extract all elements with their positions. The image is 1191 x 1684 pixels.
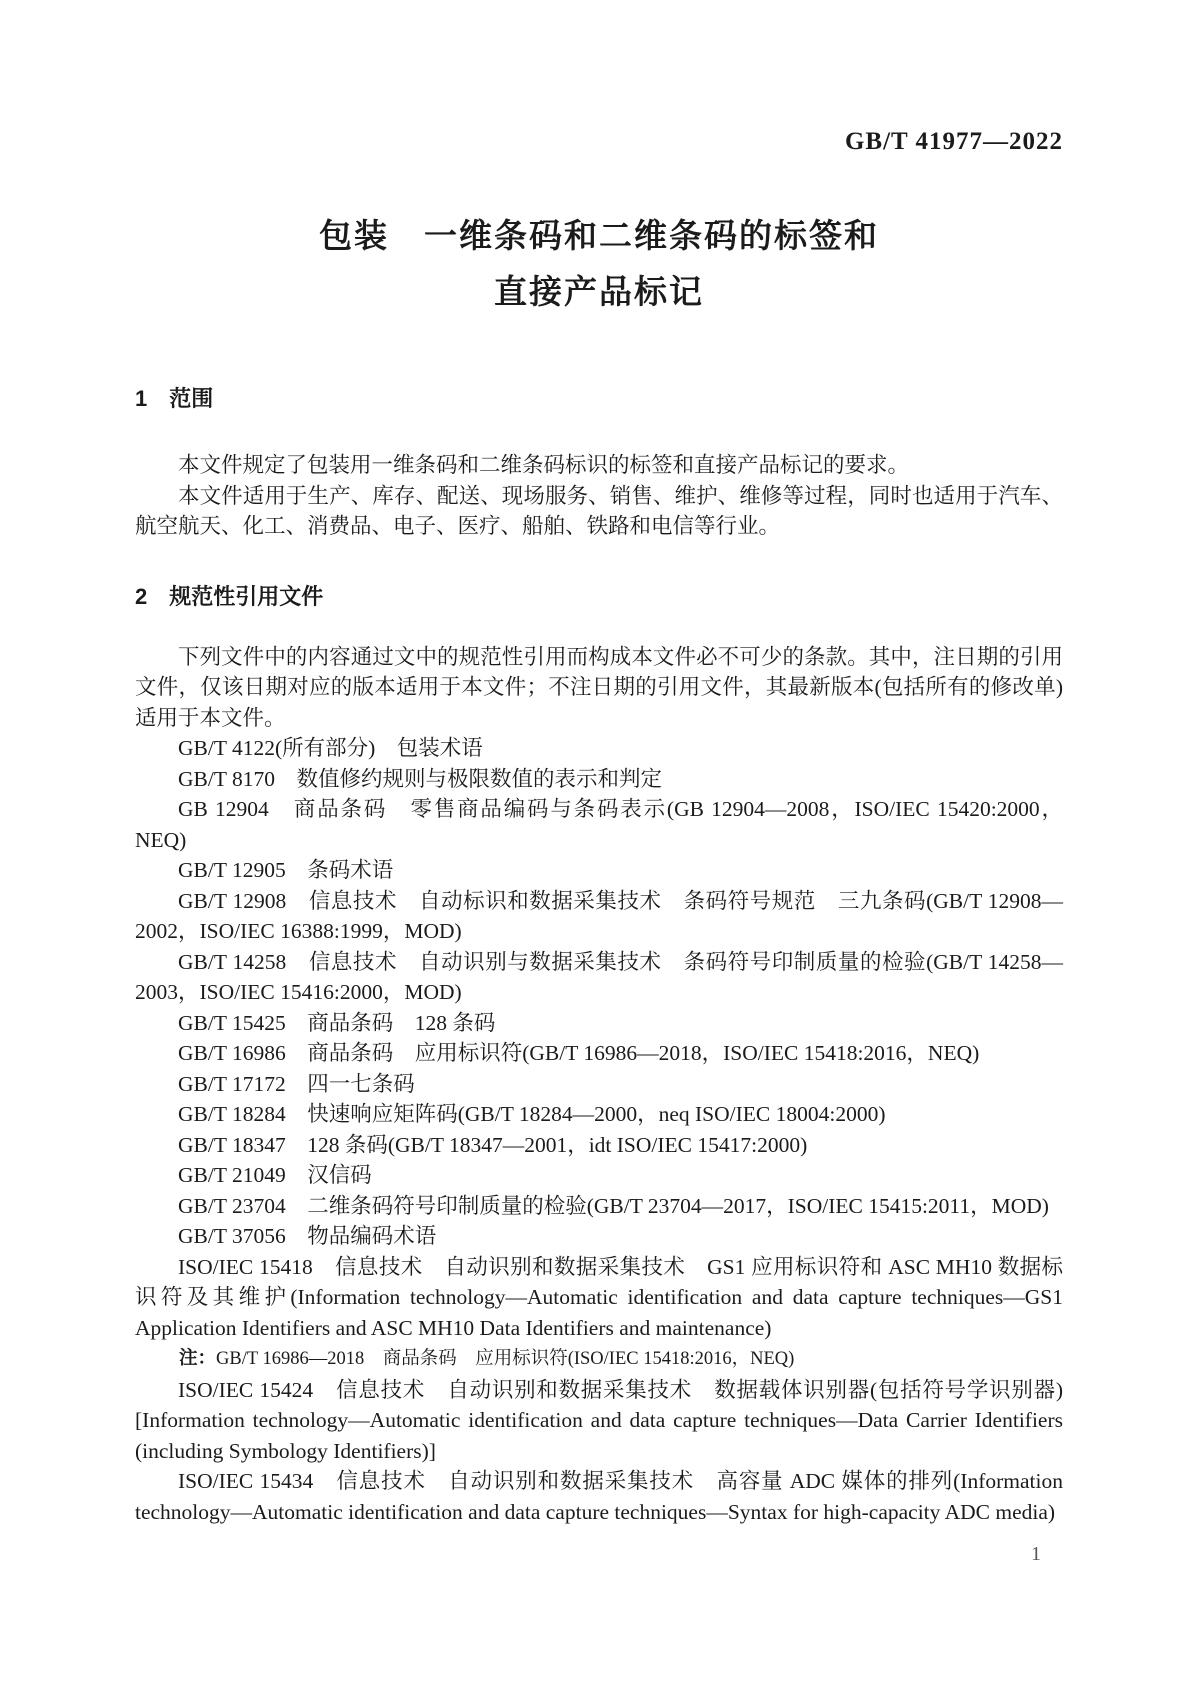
reference-item: ISO/IEC 15434 信息技术 自动识别和数据采集技术 高容量 ADC 媒… — [135, 1466, 1063, 1527]
reference-item: GB/T 4122(所有部分) 包装术语 — [135, 733, 1063, 764]
reference-item: GB/T 16986 商品条码 应用标识符(GB/T 16986—2018，IS… — [135, 1038, 1063, 1069]
reference-item: GB/T 8170 数值修约规则与极限数值的表示和判定 — [135, 764, 1063, 795]
normative-references-intro: 下列文件中的内容通过文中的规范性引用而构成本文件必不可少的条款。其中，注日期的引… — [135, 642, 1063, 734]
reference-item: GB/T 15425 商品条码 128 条码 — [135, 1008, 1063, 1039]
reference-item: ISO/IEC 15424 信息技术 自动识别和数据采集技术 数据载体识别器(包… — [135, 1375, 1063, 1467]
reference-item: GB/T 12908 信息技术 自动标识和数据采集技术 条码符号规范 三九条码(… — [135, 886, 1063, 947]
reference-item: GB/T 21049 汉信码 — [135, 1160, 1063, 1191]
reference-note: 注：GB/T 16986—2018 商品条码 应用标识符(ISO/IEC 154… — [135, 1343, 1063, 1375]
reference-item: ISO/IEC 15418 信息技术 自动识别和数据采集技术 GS1 应用标识符… — [135, 1252, 1063, 1344]
scope-paragraph-2: 本文件适用于生产、库存、配送、现场服务、销售、维护、维修等过程，同时也适用于汽车… — [135, 481, 1063, 542]
reference-item: GB/T 23704 二维条码符号印制质量的检验(GB/T 23704—2017… — [135, 1191, 1063, 1222]
reference-item: GB/T 12905 条码术语 — [135, 855, 1063, 886]
reference-item: GB/T 18284 快速响应矩阵码(GB/T 18284—2000，neq I… — [135, 1099, 1063, 1130]
normative-references-list: GB/T 4122(所有部分) 包装术语 GB/T 8170 数值修约规则与极限… — [135, 733, 1063, 1527]
document-title: 包装 一维条码和二维条码的标签和 直接产品标记 — [135, 208, 1063, 320]
reference-item: GB/T 18347 128 条码(GB/T 18347—2001，idt IS… — [135, 1130, 1063, 1161]
reference-item: GB/T 37056 物品编码术语 — [135, 1221, 1063, 1252]
reference-item: GB/T 14258 信息技术 自动识别与数据采集技术 条码符号印制质量的检验(… — [135, 947, 1063, 1008]
reference-item: GB 12904 商品条码 零售商品编码与条码表示(GB 12904—2008，… — [135, 794, 1063, 855]
reference-item: GB/T 17172 四一七条码 — [135, 1069, 1063, 1100]
document-number: GB/T 41977—2022 — [135, 128, 1063, 156]
document-title-line1: 包装 一维条码和二维条码的标签和 — [135, 208, 1063, 264]
page-content: GB/T 41977—2022 包装 一维条码和二维条码的标签和 直接产品标记 … — [135, 0, 1063, 1527]
section-2-heading: 2 规范性引用文件 — [135, 582, 1063, 612]
scope-paragraph-1: 本文件规定了包装用一维条码和二维条码标识的标签和直接产品标记的要求。 — [135, 450, 1063, 481]
note-text: GB/T 16986—2018 商品条码 应用标识符(ISO/IEC 15418… — [216, 1349, 794, 1369]
section-1-heading: 1 范围 — [135, 384, 1063, 414]
document-title-line2: 直接产品标记 — [135, 264, 1063, 320]
page-number: 1 — [1031, 1543, 1041, 1566]
standard-document-page: GB/T 41977—2022 包装 一维条码和二维条码的标签和 直接产品标记 … — [0, 0, 1191, 1684]
note-label: 注： — [179, 1347, 216, 1368]
